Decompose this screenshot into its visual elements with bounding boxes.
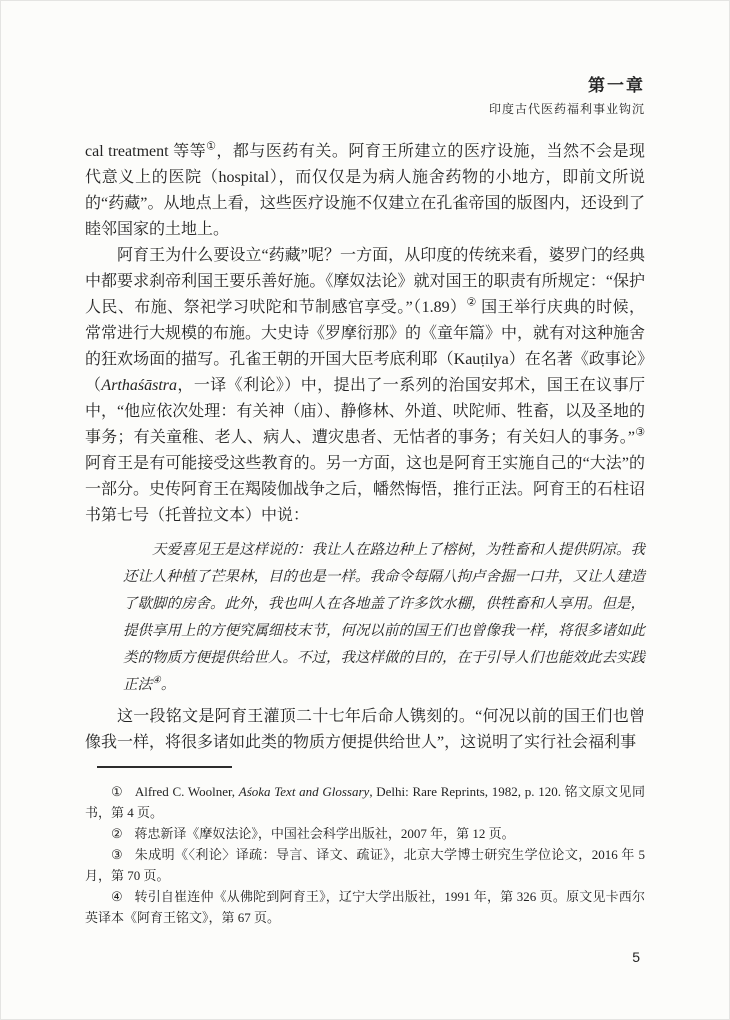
text-run: Arthaśāstra <box>101 377 177 394</box>
footnote-separator <box>97 766 232 768</box>
text-run: 这一段铭文是阿育王灌顶二十七年后命人镌刻的。“何况以前的国王们也曾像我一样，将很… <box>85 708 645 751</box>
text-run: 阿育王是有可能接受这些教育的。另一方面，这也是阿育王实施自己的“大法”的一部分。… <box>85 455 645 524</box>
text-run: Alfred C. Woolner, <box>135 784 239 799</box>
text-run: 蒋忠新译《摩奴法论》，中国社会科学出版社，2007 年，第 12 页。 <box>134 826 514 841</box>
page-number: 5 <box>632 949 640 965</box>
footnote-reference: ④ <box>152 675 161 686</box>
footnote-marker: ② <box>111 826 123 841</box>
chapter-subtitle: 印度古代医药福利事业钩沉 <box>85 102 645 117</box>
text-run: Aśoka Text and Glossary <box>239 784 370 799</box>
body-text: cal treatment 等等①，都与医药有关。阿育王所建立的医疗设施，当然不… <box>85 139 645 756</box>
footnote-reference: ② <box>466 297 476 309</box>
text-run: 。 <box>161 677 176 693</box>
paragraph-asoka-motivation: 阿育王为什么要设立“药藏”呢？一方面，从印度的传统来看，婆罗门的经典中都要求刹帝… <box>85 243 645 529</box>
footnote-marker: ① <box>111 784 123 799</box>
text-run: 天爱喜见王是这样说的：我让人在路边种上了榕树，为牲畜和人提供阴凉。我还让人种植了… <box>123 542 645 693</box>
paragraph-continuation: cal treatment 等等①，都与医药有关。阿育王所建立的医疗设施，当然不… <box>85 139 645 243</box>
footnote-marker: ③ <box>111 847 123 862</box>
page-header: 第一章 印度古代医药福利事业钩沉 <box>85 76 645 117</box>
paragraph-after-quote: 这一段铭文是阿育王灌顶二十七年后命人镌刻的。“何况以前的国王们也曾像我一样，将很… <box>85 704 645 756</box>
footnote-3: ③朱成明《〈利论〉译疏：导言、译文、疏证》，北京大学博士研究生学位论文，2016… <box>85 844 645 886</box>
footnote-reference: ③ <box>635 427 645 439</box>
text-run: cal treatment 等等 <box>85 143 206 160</box>
footnotes-section: ①Alfred C. Woolner, Aśoka Text and Gloss… <box>85 781 645 928</box>
chapter-title: 第一章 <box>85 76 645 96</box>
book-page: 第一章 印度古代医药福利事业钩沉 cal treatment 等等①，都与医药有… <box>0 0 730 1020</box>
footnote-1: ①Alfred C. Woolner, Aśoka Text and Gloss… <box>85 781 645 823</box>
footnote-reference: ① <box>206 141 216 153</box>
footnote-2: ②蒋忠新译《摩奴法论》，中国社会科学出版社，2007 年，第 12 页。 <box>85 823 645 844</box>
footnote-4: ④转引自崔连仲《从佛陀到阿育王》，辽宁大学出版社，1991 年，第 326 页。… <box>85 886 645 928</box>
text-run: 转引自崔连仲《从佛陀到阿育王》，辽宁大学出版社，1991 年，第 326 页。原… <box>85 889 645 925</box>
footnote-marker: ④ <box>111 889 123 904</box>
pillar-edict-quote: 天爱喜见王是这样说的：我让人在路边种上了榕树，为牲畜和人提供阴凉。我还让人种植了… <box>123 537 645 699</box>
text-run: 朱成明《〈利论〉译疏：导言、译文、疏证》，北京大学博士研究生学位论文，2016 … <box>85 847 645 883</box>
